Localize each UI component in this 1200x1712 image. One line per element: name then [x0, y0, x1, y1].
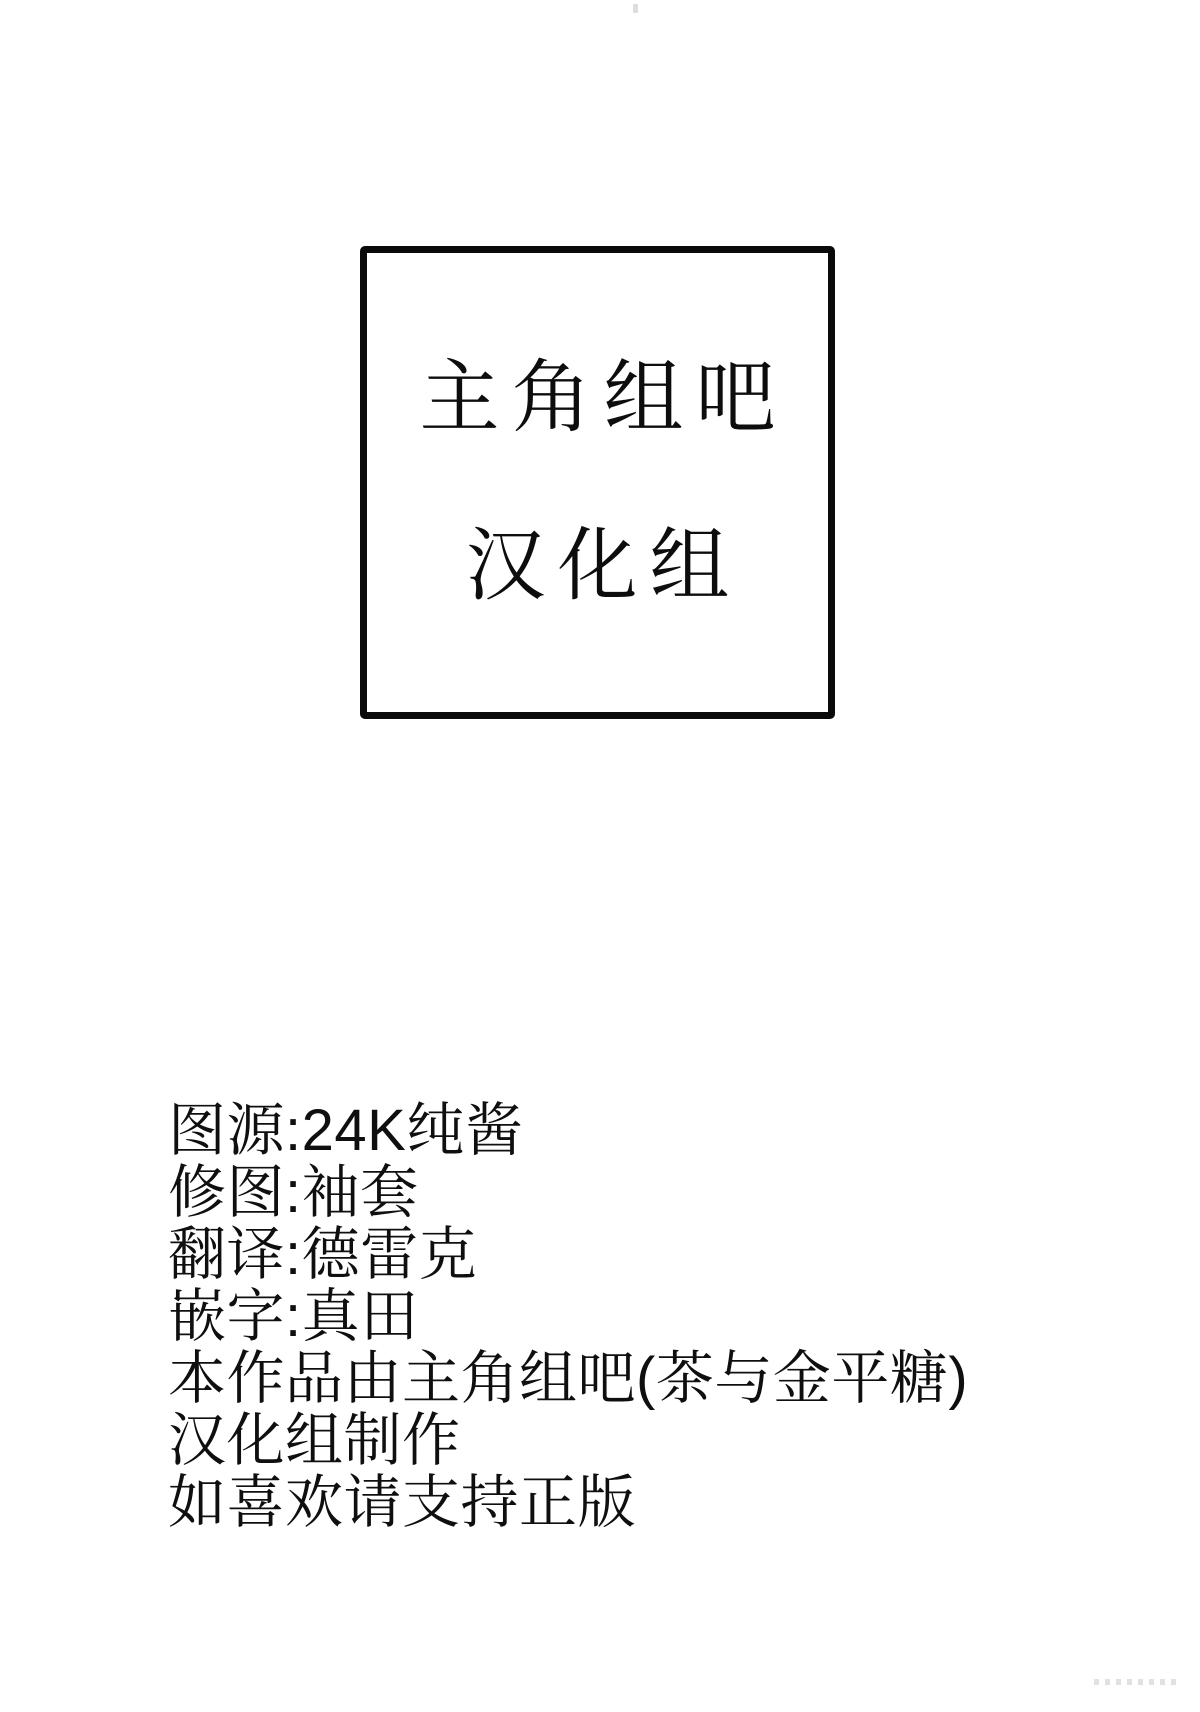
- credit-line-translation: 翻译:德雷克: [168, 1224, 968, 1286]
- credit-line-support-official: 如喜欢请支持正版: [168, 1472, 968, 1534]
- credit-line-cleaning: 修图:袖套: [168, 1162, 968, 1224]
- group-name-box: 主角组吧 汉化组: [360, 246, 835, 719]
- group-name-line1: 主角组吧: [408, 359, 788, 439]
- scan-artifact-bottom-right: [1094, 1679, 1182, 1685]
- scan-page: 主角组吧 汉化组 图源:24K纯酱 修图:袖套 翻译:德雷克 嵌字:真田 本作品…: [0, 0, 1200, 1712]
- scan-artifact-top: [633, 4, 638, 13]
- credit-line-group-note-1: 本作品由主角组吧(茶与金平糖): [168, 1348, 968, 1410]
- credit-line-typesetting: 嵌字:真田: [168, 1286, 968, 1348]
- group-name-line2: 汉化组: [454, 527, 742, 607]
- credit-line-group-note-2: 汉化组制作: [168, 1410, 968, 1472]
- credits-block: 图源:24K纯酱 修图:袖套 翻译:德雷克 嵌字:真田 本作品由主角组吧(茶与金…: [168, 1100, 968, 1534]
- credit-line-source: 图源:24K纯酱: [168, 1100, 968, 1162]
